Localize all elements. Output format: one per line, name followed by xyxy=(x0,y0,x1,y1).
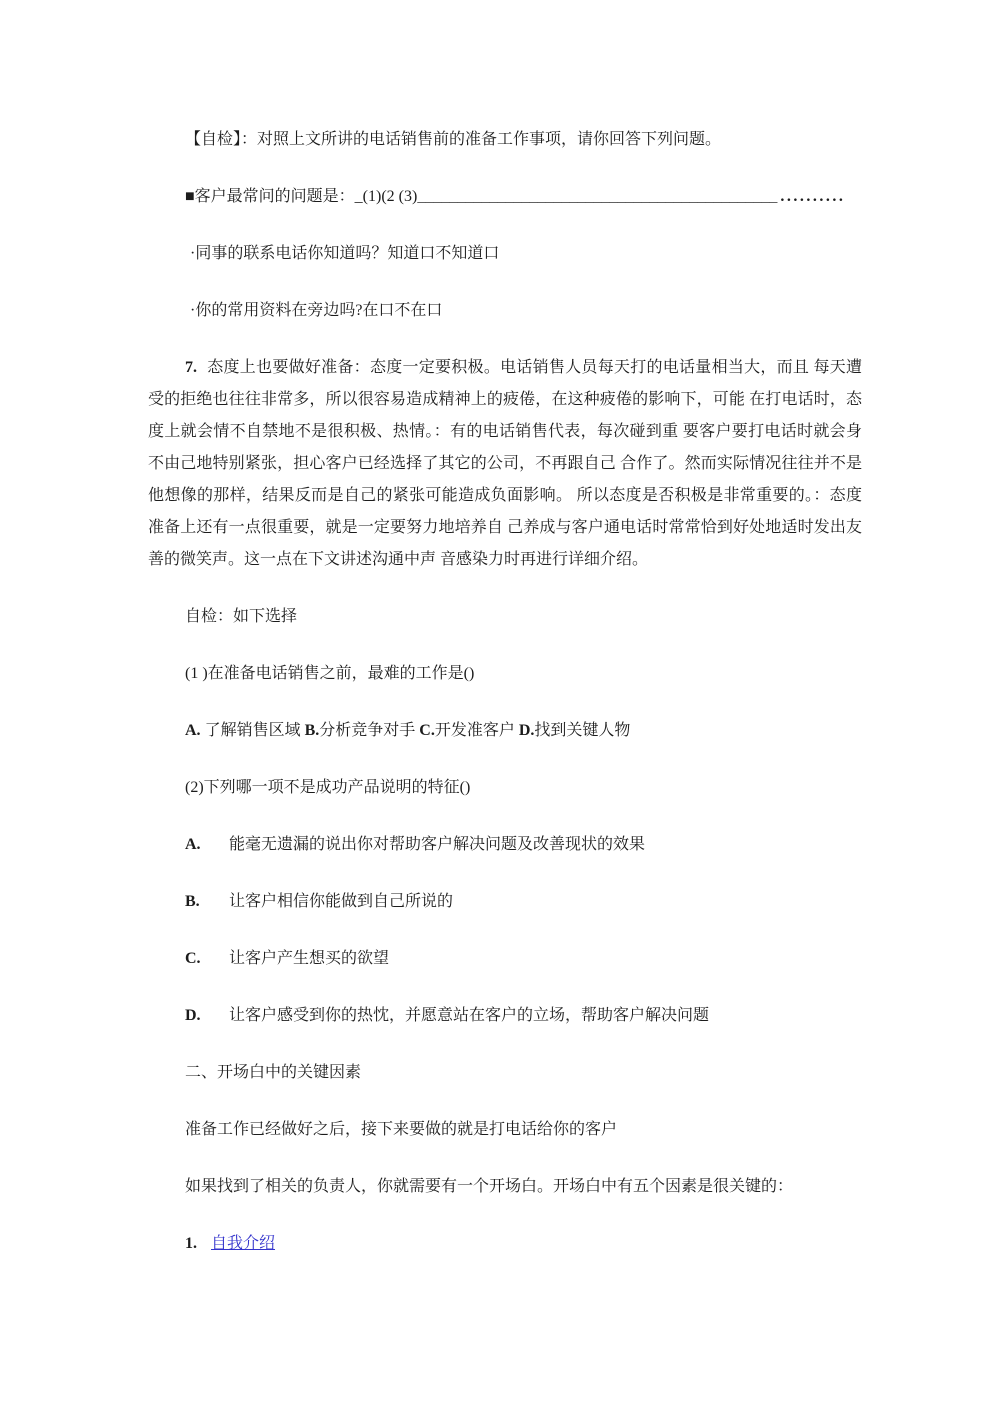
fill-blank-line: ________________________________________… xyxy=(417,188,777,205)
q1-option-c-text: 开发准客户 xyxy=(435,722,519,739)
q1-option-c-label: C. xyxy=(419,722,435,739)
q2-option-a-label: A. xyxy=(185,829,229,861)
quiz-q2-option-c: C.让客户产生想买的欲望 xyxy=(148,943,862,975)
q1-option-a-text: 了解销售区域 xyxy=(201,722,305,739)
attitude-preparation-paragraph: 7.态度上也要做好准备：态度一定要积极。电话销售人员每天打的电话量相当大，而且 … xyxy=(148,352,862,576)
self-check-note: 【自检】：对照上文所讲的电话销售前的准备工作事项，请你回答下列问题。 xyxy=(148,124,862,156)
q1-option-d-label: D. xyxy=(519,722,535,739)
numbered-list-item-1: 1.自我介绍 xyxy=(148,1228,862,1260)
fill-dots: .......... xyxy=(780,188,845,205)
section-2-para-2: 如果找到了相关的负责人，你就需要有一个开场白。开场白中有五个因素是很关键的： xyxy=(148,1171,862,1203)
q1-option-d-text: 找到关键人物 xyxy=(534,722,630,739)
quiz-q2-option-b: B.让客户相信你能做到自己所说的 xyxy=(148,886,862,918)
fill-question-line: ■客户最常问的问题是：_(1)(2 (3)___________________… xyxy=(148,181,862,213)
document-page: 【自检】：对照上文所讲的电话销售前的准备工作事项，请你回答下列问题。 ■客户最常… xyxy=(0,0,1000,1415)
fill-question-lead: ■客户最常问的问题是：_(1)(2 (3) xyxy=(185,188,417,205)
q1-option-a-label: A. xyxy=(185,722,201,739)
q2-option-d-label: D. xyxy=(185,1000,229,1032)
self-intro-link[interactable]: 自我介绍 xyxy=(211,1235,275,1252)
q2-option-b-text: 让客户相信你能做到自己所说的 xyxy=(229,893,453,910)
q1-option-b-text: 分析竞争对手 xyxy=(319,722,419,739)
quiz-q2-prompt: (2)下列哪一项不是成功产品说明的特征() xyxy=(148,772,862,804)
q2-option-d-text: 让客户感受到你的热忱，并愿意站在客户的立场，帮助客户解决问题 xyxy=(229,1007,709,1024)
quiz-q2-option-a: A.能毫无遗漏的说出你对帮助客户解决问题及改善现状的效果 xyxy=(148,829,862,861)
q2-option-c-text: 让客户产生想买的欲望 xyxy=(229,950,389,967)
quiz-q1-options: A. 了解销售区域 B.分析竞争对手 C.开发准客户 D.找到关键人物 xyxy=(148,715,862,747)
quiz-q2-option-d: D.让客户感受到你的热忱，并愿意站在客户的立场，帮助客户解决问题 xyxy=(148,1000,862,1032)
checklist-item-reference-material: ·你的常用资料在旁边吗?在口不在口 xyxy=(148,295,862,327)
checklist-item-colleague-phone: ·同事的联系电话你知道吗？知道口不知道口 xyxy=(148,238,862,270)
quiz-q1-prompt: (1 )在准备电话销售之前，最难的工作是() xyxy=(148,658,862,690)
q2-option-c-label: C. xyxy=(185,943,229,975)
section-2-title: 二、开场白中的关键因素 xyxy=(148,1057,862,1089)
q2-option-b-label: B. xyxy=(185,886,229,918)
self-check-heading: 自检：如下选择 xyxy=(148,601,862,633)
paragraph-text: 态度上也要做好准备：态度一定要积极。电话销售人员每天打的电话量相当大，而且 每天… xyxy=(148,359,862,568)
section-2-para-1: 准备工作已经做好之后，接下来要做的就是打电话给你的客户 xyxy=(148,1114,862,1146)
list-item-number: 1. xyxy=(185,1235,197,1252)
paragraph-number: 7. xyxy=(185,359,197,376)
q1-option-b-label: B. xyxy=(305,722,320,739)
q2-option-a-text: 能毫无遗漏的说出你对帮助客户解决问题及改善现状的效果 xyxy=(229,836,645,853)
